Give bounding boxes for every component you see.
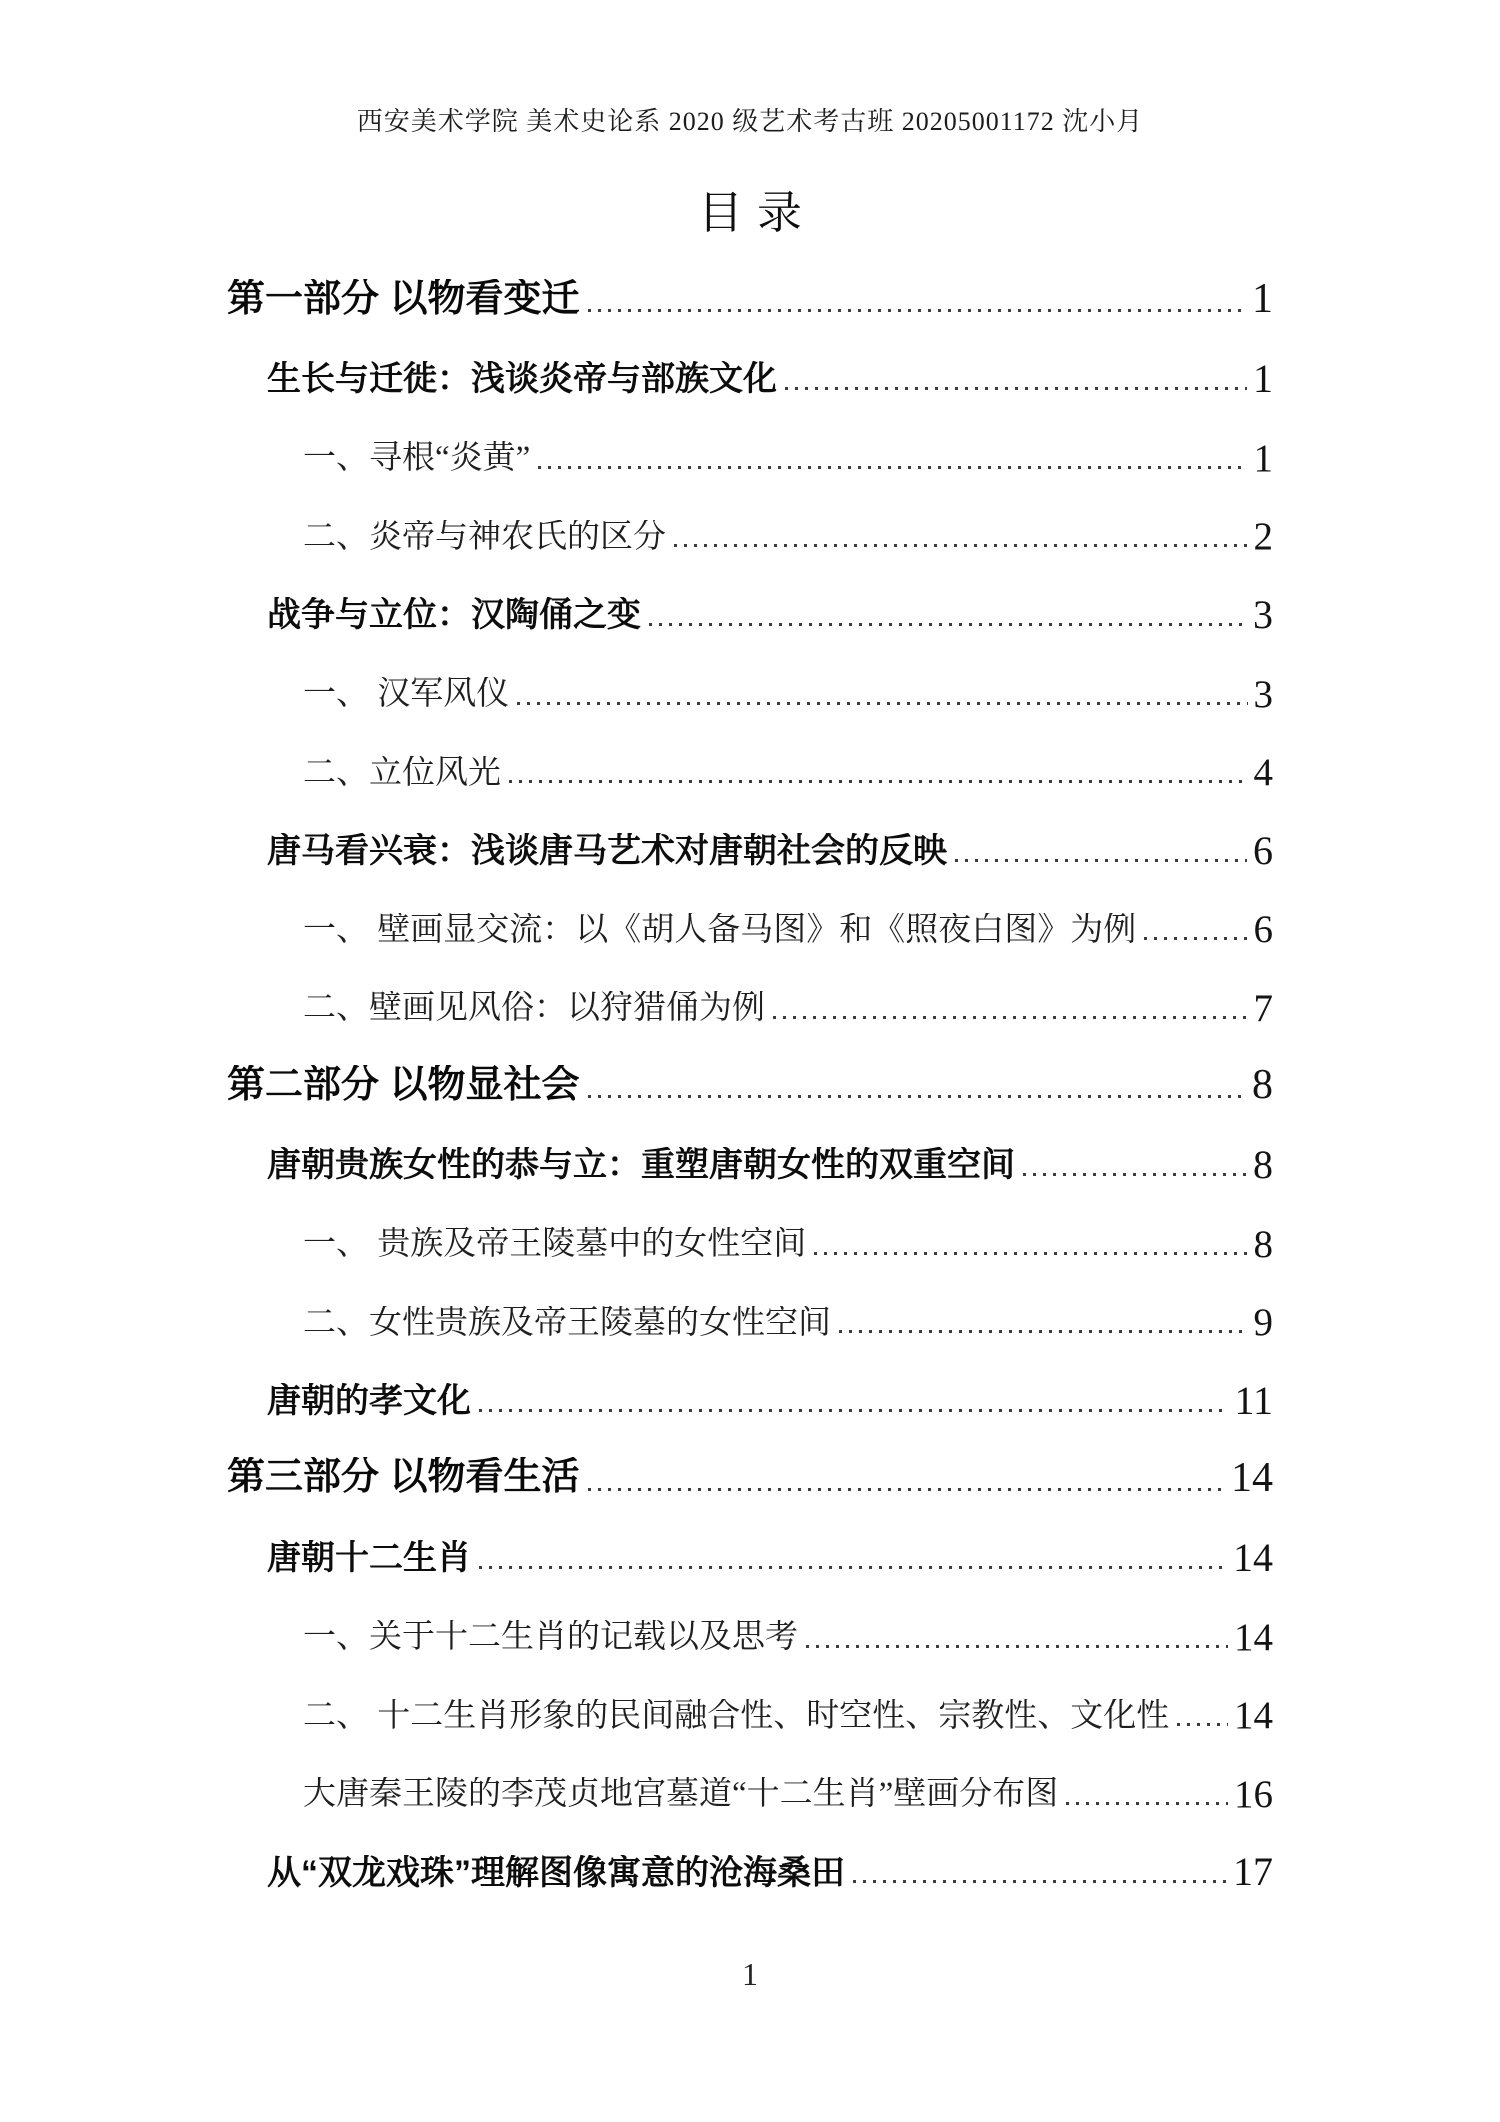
- toc-page-number: 3: [1253, 596, 1273, 634]
- toc-page-number: 8: [1253, 1146, 1273, 1184]
- toc-leader-dots: [955, 859, 1247, 862]
- toc-entry: 二、立位风光 4: [227, 713, 1273, 792]
- page-title: 目录: [0, 186, 1500, 240]
- toc-leader-dots: [649, 623, 1247, 626]
- document-page: 西安美术学院 美术史论系 2020 级艺术考古班 20205001172 沈小月…: [0, 0, 1500, 2122]
- toc-leader-dots: [1177, 1723, 1228, 1726]
- toc-entry-label: 一、关于十二生肖的记载以及思考: [303, 1620, 798, 1656]
- toc-entry: 一、寻根“炎黄” 1: [227, 398, 1273, 477]
- toc-entry: 唐朝十二生肖 14: [227, 1499, 1273, 1578]
- toc-entry-label: 一、 贵族及帝王陵墓中的女性空间: [303, 1227, 806, 1263]
- toc-entry-label: 一、寻根“炎黄”: [303, 441, 530, 477]
- toc-entry-label: 二、 十二生肖形象的民间融合性、时空性、宗教性、文化性: [303, 1699, 1169, 1735]
- toc-leader-dots: [588, 309, 1246, 312]
- toc-entry: 一、 汉军风仪 3: [227, 634, 1273, 713]
- table-of-contents: 第一部分 以物看变迁 1 生长与迁徙：浅谈炎帝与部族文化 1 一、寻根“炎黄” …: [227, 241, 1273, 1891]
- toc-leader-dots: [538, 466, 1247, 469]
- toc-leader-dots: [588, 1095, 1246, 1098]
- toc-entry-label: 二、女性贵族及帝王陵墓的女性空间: [303, 1306, 831, 1342]
- toc-entry: 唐马看兴衰：浅谈唐马艺术对唐朝社会的反映 6: [227, 791, 1273, 870]
- footer-page-number: 1: [0, 1956, 1500, 1993]
- toc-leader-dots: [814, 1252, 1247, 1255]
- toc-page-number: 17: [1233, 1853, 1273, 1891]
- toc-entry-label: 二、立位风光: [303, 756, 501, 792]
- toc-entry: 第三部分 以物看生活 14: [227, 1420, 1273, 1499]
- toc-page-number: 7: [1254, 990, 1274, 1027]
- toc-page-number: 16: [1234, 1776, 1273, 1813]
- toc-leader-dots: [479, 1566, 1227, 1569]
- toc-page-number: 1: [1253, 360, 1273, 398]
- toc-page-number: 4: [1254, 754, 1274, 791]
- toc-page-number: 8: [1252, 1066, 1273, 1106]
- toc-entry-label: 一、 壁画显交流：以《胡人备马图》和《照夜白图》为例: [303, 913, 1136, 949]
- toc-entry: 生长与迁徙：浅谈炎帝与部族文化 1: [227, 320, 1273, 399]
- toc-entry-label: 唐朝的孝文化: [267, 1383, 471, 1420]
- toc-entry-label: 第一部分 以物看变迁: [227, 279, 580, 320]
- toc-page-number: 1: [1254, 440, 1274, 477]
- toc-entry-label: 一、 汉军风仪: [303, 677, 509, 713]
- toc-page-number: 3: [1254, 676, 1274, 713]
- toc-entry-label: 唐朝贵族女性的恭与立：重塑唐朝女性的双重空间: [267, 1147, 1015, 1184]
- toc-entry-label: 大唐秦王陵的李茂贞地宫墓道“十二生肖”壁画分布图: [303, 1777, 1058, 1813]
- toc-leader-dots: [806, 1645, 1228, 1648]
- document-header: 西安美术学院 美术史论系 2020 级艺术考古班 20205001172 沈小月: [0, 106, 1500, 137]
- toc-entry-label: 二、壁画见风俗：以狩猎俑为例: [303, 991, 765, 1027]
- toc-leader-dots: [853, 1880, 1227, 1883]
- toc-entry: 一、关于十二生肖的记载以及思考 14: [227, 1577, 1273, 1656]
- toc-leader-dots: [785, 387, 1247, 390]
- toc-page-number: 6: [1253, 832, 1273, 870]
- toc-page-number: 9: [1254, 1304, 1274, 1341]
- toc-entry: 一、 壁画显交流：以《胡人备马图》和《照夜白图》为例 6: [227, 870, 1273, 949]
- toc-page-number: 11: [1234, 1382, 1273, 1420]
- toc-leader-dots: [773, 1016, 1248, 1019]
- toc-entry: 二、壁画见风俗：以狩猎俑为例 7: [227, 948, 1273, 1027]
- toc-entry-label: 二、炎帝与神农氏的区分: [303, 520, 666, 556]
- toc-entry: 二、 十二生肖形象的民间融合性、时空性、宗教性、文化性 14: [227, 1656, 1273, 1735]
- toc-leader-dots: [1023, 1173, 1247, 1176]
- toc-entry: 唐朝贵族女性的恭与立：重塑唐朝女性的双重空间 8: [227, 1106, 1273, 1185]
- toc-entry-label: 唐朝十二生肖: [267, 1540, 471, 1577]
- toc-page-number: 8: [1254, 1226, 1274, 1263]
- toc-leader-dots: [479, 1409, 1228, 1412]
- toc-page-number: 1: [1252, 280, 1273, 320]
- toc-leader-dots: [509, 780, 1248, 783]
- toc-leader-dots: [674, 544, 1248, 547]
- toc-leader-dots: [588, 1488, 1225, 1491]
- toc-entry: 第一部分 以物看变迁 1: [227, 241, 1273, 320]
- toc-entry-label: 唐马看兴衰：浅谈唐马艺术对唐朝社会的反映: [267, 833, 947, 870]
- toc-entry: 一、 贵族及帝王陵墓中的女性空间 8: [227, 1184, 1273, 1263]
- toc-entry-label: 生长与迁徙：浅谈炎帝与部族文化: [267, 361, 777, 398]
- toc-entry-label: 从“双龙戏珠”理解图像寓意的沧海桑田: [267, 1855, 845, 1892]
- toc-leader-dots: [839, 1330, 1248, 1333]
- toc-entry-label: 第二部分 以物显社会: [227, 1065, 580, 1106]
- toc-leader-dots: [1144, 937, 1247, 940]
- toc-page-number: 14: [1234, 1619, 1273, 1656]
- toc-entry: 战争与立位：汉陶俑之变 3: [227, 555, 1273, 634]
- toc-entry: 从“双龙戏珠”理解图像寓意的沧海桑田 17: [227, 1813, 1273, 1892]
- toc-entry-label: 战争与立位：汉陶俑之变: [267, 597, 641, 634]
- toc-entry: 二、女性贵族及帝王陵墓的女性空间 9: [227, 1263, 1273, 1342]
- toc-page-number: 6: [1254, 911, 1274, 948]
- toc-page-number: 14: [1233, 1539, 1273, 1577]
- toc-entry: 二、炎帝与神农氏的区分 2: [227, 477, 1273, 556]
- toc-leader-dots: [1066, 1802, 1228, 1805]
- toc-page-number: 2: [1254, 518, 1274, 555]
- toc-entry-label: 第三部分 以物看生活: [227, 1457, 580, 1498]
- toc-entry: 大唐秦王陵的李茂贞地宫墓道“十二生肖”壁画分布图 16: [227, 1734, 1273, 1813]
- toc-leader-dots: [517, 702, 1247, 705]
- toc-entry: 唐朝的孝文化 11: [227, 1341, 1273, 1420]
- toc-entry: 第二部分 以物显社会 8: [227, 1027, 1273, 1106]
- toc-page-number: 14: [1231, 1459, 1273, 1499]
- toc-page-number: 14: [1234, 1697, 1273, 1734]
